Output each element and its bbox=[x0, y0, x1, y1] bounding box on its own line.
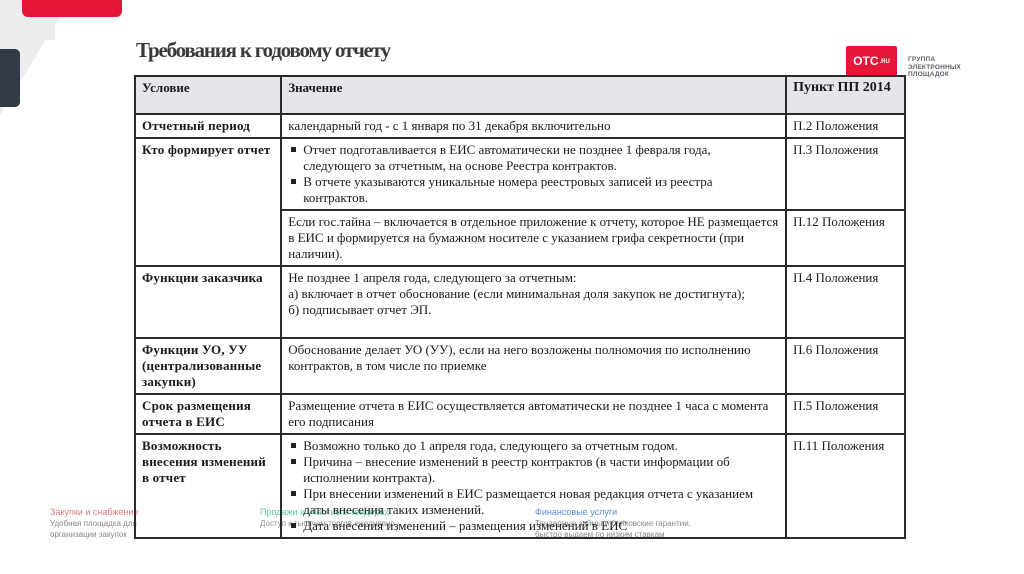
cell-value: Возможно только до 1 апреля года, следую… bbox=[281, 434, 786, 538]
bullet-item: Дата внесения изменений – размещения изм… bbox=[303, 518, 780, 534]
cell-clause: П.4 Положения bbox=[786, 266, 905, 338]
logo-tagline: ГРУППА ЭЛЕКТРОННЫХ ПЛОЩАДОК bbox=[908, 56, 961, 79]
cell-clause: П.5 Положения bbox=[786, 394, 905, 434]
company-logo: ОТС.RU ГРУППА ЭЛЕКТРОННЫХ ПЛОЩАДОК bbox=[846, 46, 961, 79]
cell-clause: П.6 Положения bbox=[786, 338, 905, 394]
bullet-item: Возможно только до 1 апреля года, следую… bbox=[303, 438, 780, 454]
slide-title: Требования к годовому отчету bbox=[136, 38, 390, 63]
header-condition: Условие bbox=[135, 76, 281, 114]
cell-condition: Кто формирует отчет bbox=[135, 138, 281, 266]
footer-text: организации закупок bbox=[50, 529, 138, 540]
table-row: Функции заказчика Не позднее 1 апреля го… bbox=[135, 266, 905, 338]
cell-condition: Отчетный период bbox=[135, 114, 281, 138]
cell-condition: Возможность внесения изменений в отчет bbox=[135, 434, 281, 538]
logo-mark: ОТС.RU bbox=[846, 46, 897, 76]
cell-clause: П.3 Положения bbox=[786, 138, 905, 210]
cell-value: Не позднее 1 апреля года, следующего за … bbox=[281, 266, 786, 338]
value-bullets: Отчет подготавливается в ЕИС автоматичес… bbox=[288, 142, 780, 206]
cell-condition: Срок размещения отчета в ЕИС bbox=[135, 394, 281, 434]
cell-value: Обоснование делает УО (УУ), если на него… bbox=[281, 338, 786, 394]
table-row: Возможность внесения изменений в отчет В… bbox=[135, 434, 905, 538]
header-value: Значение bbox=[281, 76, 786, 114]
table-header-row: Условие Значение Пункт ПП 2014 bbox=[135, 76, 905, 114]
logo-tagline-line: ЭЛЕКТРОННЫХ bbox=[908, 64, 961, 72]
cell-value: календарный год - с 1 января по 31 декаб… bbox=[281, 114, 786, 138]
cell-condition: Функции УО, УУ (централизованные закупки… bbox=[135, 338, 281, 394]
table-row: Отчетный период календарный год - с 1 ян… bbox=[135, 114, 905, 138]
table-row: Функции УО, УУ (централизованные закупки… bbox=[135, 338, 905, 394]
bullet-item: При внесении изменений в ЕИС размещается… bbox=[303, 486, 780, 518]
cell-clause: П.12 Положения bbox=[786, 210, 905, 266]
cell-value: Если гос.тайна – включается в отдельное … bbox=[281, 210, 786, 266]
logo-tagline-line: ГРУППА bbox=[908, 56, 961, 64]
cell-clause: П.11 Положения bbox=[786, 434, 905, 538]
logo-brand: ОТС bbox=[853, 54, 878, 68]
requirements-table: Условие Значение Пункт ПП 2014 Отчетный … bbox=[134, 75, 906, 539]
cell-condition: Функции заказчика bbox=[135, 266, 281, 338]
bullet-item: Отчет подготавливается в ЕИС автоматичес… bbox=[303, 142, 780, 174]
decorative-dark-tab bbox=[0, 49, 20, 107]
bullet-item: Причина – внесение изменений в реестр ко… bbox=[303, 454, 780, 486]
cell-value: Отчет подготавливается в ЕИС автоматичес… bbox=[281, 138, 786, 210]
logo-brand-suffix: .RU bbox=[880, 59, 890, 65]
logo-tagline-line: ПЛОЩАДОК bbox=[908, 71, 961, 79]
value-bullets: Возможно только до 1 апреля года, следую… bbox=[288, 438, 780, 534]
value-line: а) включает в отчет обоснование (если ми… bbox=[288, 286, 780, 302]
footer-heading: Закупки и снабжение bbox=[50, 507, 138, 518]
table-row: Срок размещения отчета в ЕИС Размещение … bbox=[135, 394, 905, 434]
header-clause: Пункт ПП 2014 bbox=[786, 76, 905, 114]
footer-text: Удобная площадка для bbox=[50, 518, 138, 529]
bullet-item: В отчете указываются уникальные номера р… bbox=[303, 174, 780, 206]
value-line: б) подписывает отчет ЭП. bbox=[288, 302, 780, 318]
table-row: Кто формирует отчет Отчет подготавливает… bbox=[135, 138, 905, 210]
value-line: Не позднее 1 апреля года, следующего за … bbox=[288, 270, 780, 286]
decorative-red-tab bbox=[22, 0, 122, 17]
cell-clause: П.2 Положения bbox=[786, 114, 905, 138]
cell-value: Размещение отчета в ЕИС осуществляется а… bbox=[281, 394, 786, 434]
footer-block-procurement: Закупки и снабжение Удобная площадка для… bbox=[50, 507, 138, 540]
